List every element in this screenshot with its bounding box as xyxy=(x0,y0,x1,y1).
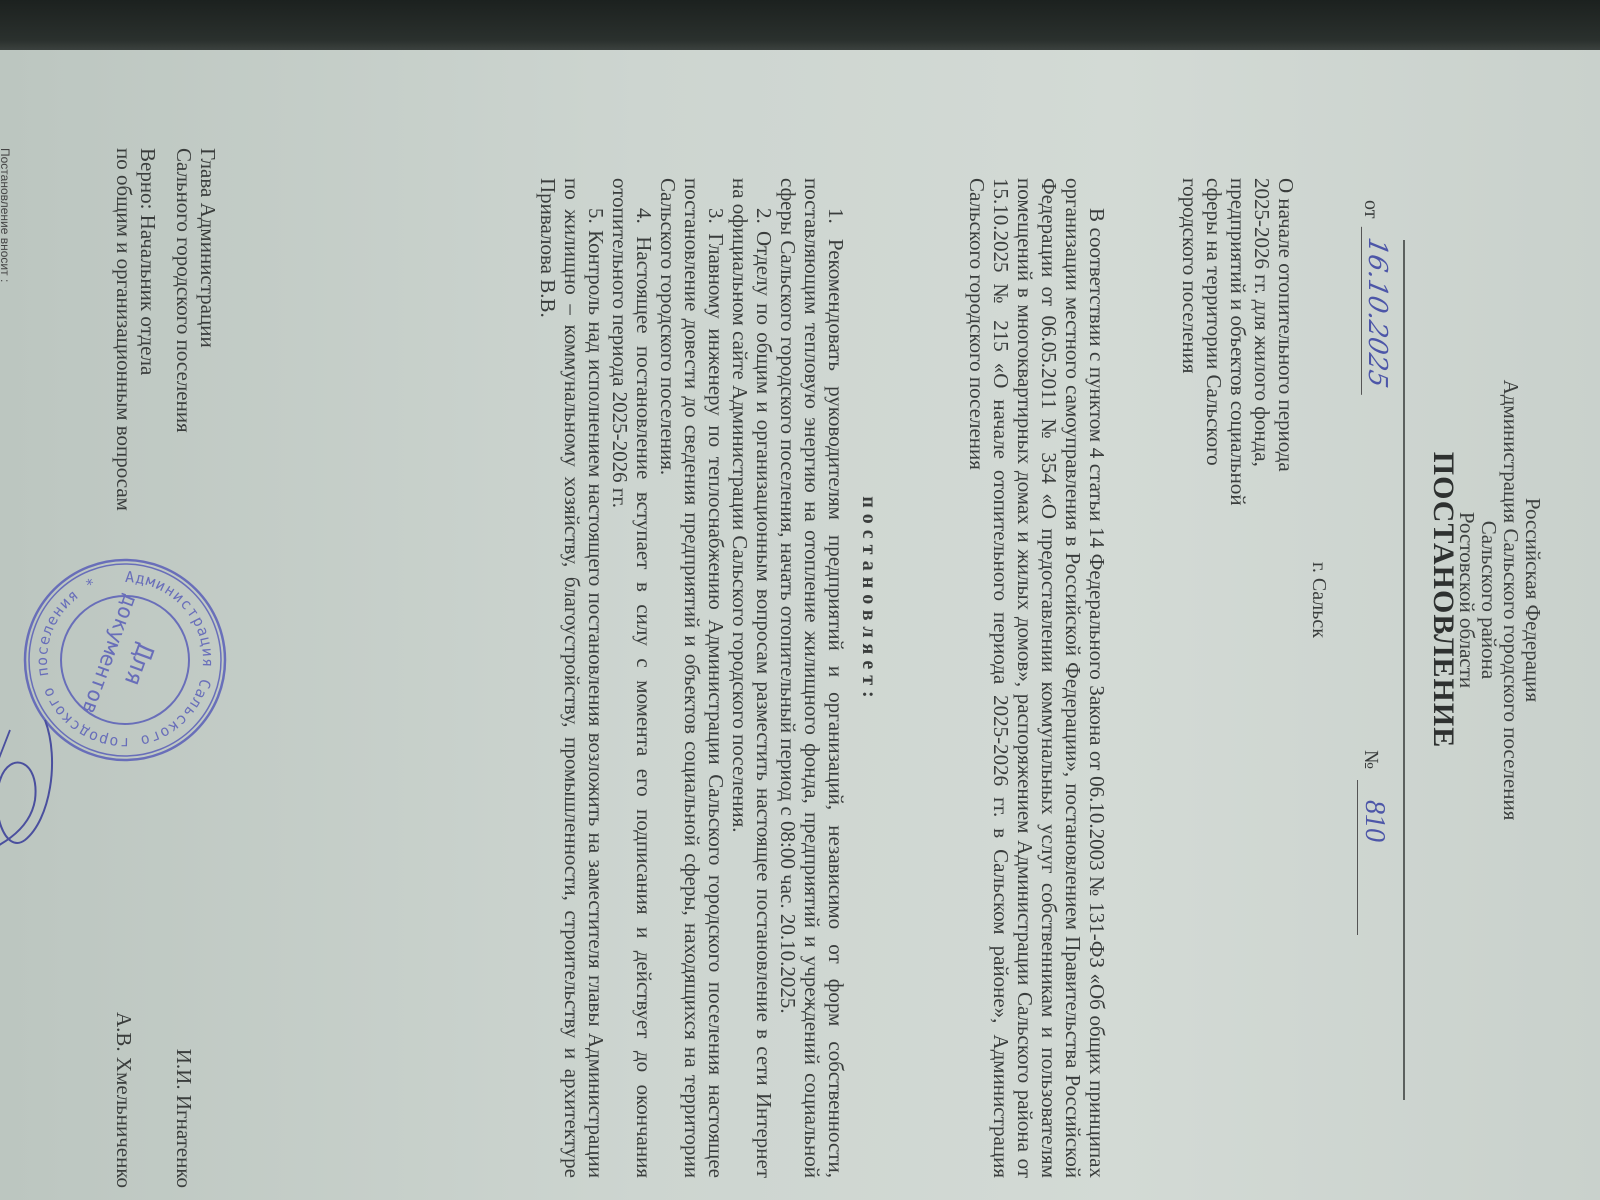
footer-note: Постановление вносит : xyxy=(0,148,12,282)
decree-item-4: 4. Настоящее постановление вступает в си… xyxy=(608,178,656,1178)
city-label: г. Сальск xyxy=(1307,0,1330,1200)
date-label: от xyxy=(1359,200,1382,218)
head-name: И.И. Игнатенко xyxy=(172,1049,196,1188)
document-title: ПОСТАНОВЛЕНИЕ xyxy=(1426,0,1460,1200)
header-district: Сальского района xyxy=(1478,0,1500,1200)
decree-item-3: 3. Главному инженеру по теплоснабжению А… xyxy=(656,178,728,1178)
head-title-line2: Сального городского поселения xyxy=(172,148,196,433)
subject-line: сферы на территории Сальского xyxy=(1202,178,1226,478)
decree-item-2: 2. Отделу по общим и организационным воп… xyxy=(728,178,776,1178)
title-rule xyxy=(1403,240,1405,1100)
subject-line: предприятий и объектов социальной xyxy=(1226,178,1250,478)
table-edge xyxy=(0,0,1600,50)
preamble-paragraph: В соответствии с пунктом 4 статьи 14 Фед… xyxy=(965,178,1109,1178)
subject-line: городского поселения xyxy=(1178,178,1202,478)
decree-item-5: 5. Контроль над исполнением настоящего п… xyxy=(536,178,608,1178)
subject-line: 2025-2026 гг. для жилого фонда, xyxy=(1250,178,1274,478)
decree-heading: постановляет: xyxy=(857,0,880,1200)
document-page: Российская Федерация Администрация Сальс… xyxy=(0,0,1600,1200)
document-subject: О начале отопительного периода 2025-2026… xyxy=(1178,178,1298,478)
header-country: Российская Федерация xyxy=(1522,0,1544,1200)
handwritten-signature-icon xyxy=(0,700,70,870)
subject-line: О начале отопительного периода xyxy=(1274,178,1298,478)
header-administration: Администрация Сальского городского посел… xyxy=(1500,0,1522,1200)
decree-items: 1. Рекомендовать руководителям предприят… xyxy=(536,178,848,1178)
verified-name: А.В. Хмельниченко xyxy=(112,1012,136,1188)
handwritten-date: 16.10.2025 xyxy=(1361,227,1392,402)
decree-item-1: 1. Рекомендовать руководителям предприят… xyxy=(776,178,848,1178)
verified-title-line1: Верно: Начальник отдела xyxy=(136,148,160,375)
verified-title-line2: по общим и организационным вопросам xyxy=(112,148,136,511)
photo-viewport: Российская Федерация Администрация Сальс… xyxy=(0,0,1600,1200)
handwritten-number: 810 xyxy=(1357,780,1390,935)
number-label: № xyxy=(1359,750,1382,769)
head-title-line1: Глава Администрации xyxy=(196,148,220,348)
